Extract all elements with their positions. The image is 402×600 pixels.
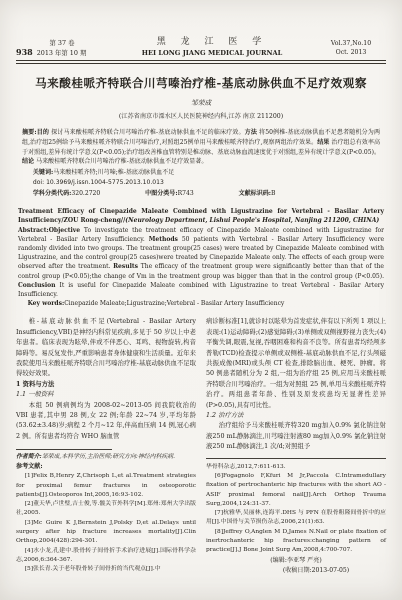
abstract-conclusion-text: 马来酸桂哌齐特联合川芎嗪治疗椎-基底动脉供血不足疗效显著。 <box>34 158 207 165</box>
editor-line: (编辑:李亚琴 严亮) <box>206 556 386 566</box>
running-head: 第 37 卷 938 2013 年第 10 期 黑 龙 江 医 学 HEI LO… <box>16 38 386 57</box>
abstract-en-results-label: Results <box>113 263 138 270</box>
received-date-line: (收稿日期:2013-07-05) <box>206 566 386 576</box>
clc-number: 中图分类号:R743 <box>134 189 193 198</box>
author-bio-label: 作者简介: <box>16 453 42 460</box>
abstract-label: 摘要:目的 <box>22 129 49 136</box>
keywords-en-label: Key words: <box>28 300 65 307</box>
subject-code-value: 320.2720 <box>71 190 100 197</box>
left-column: 椎-基底动脉供血不足(Vertebral - Basilar Artery In… <box>16 317 196 576</box>
section-1-heading: 1 资料与方法 <box>16 380 196 390</box>
reference-7: [7]杭雅华,吴丽林,连海平.DHS 与 PFN 在股骨粗隆间骨折中的应用[J]… <box>206 509 386 528</box>
clc-value: R743 <box>178 190 194 197</box>
journal-name-en: HEI LONG JIANG MEDICAL JOURNAL <box>142 49 283 58</box>
document-code-value: B <box>271 190 275 197</box>
affiliation-en: (Neurology Department, Lishui People's H… <box>125 217 379 224</box>
subject-code: 学科分类代码:320.2720 <box>22 189 100 198</box>
doi-value: 10.3969/j.issn.1004-5775.2013.10.013 <box>46 179 164 186</box>
journal-page: 第 37 卷 938 2013 年第 10 期 黑 龙 江 医 学 HEI LO… <box>0 0 402 600</box>
header-double-rule <box>16 60 386 64</box>
author-bio-text: 邹荣成,本科学历,主治医师;研究方向:神经内科疾病. <box>42 454 175 460</box>
keywords-text: 马来酸桂哌齐特;川芎嗪;椎-基底动脉供血不足 <box>53 169 174 176</box>
reference-5: [5]张长青.关于老年股骨转子间骨折的当代观点[J].中 <box>16 565 196 574</box>
reference-5-continued: 华骨科杂志,2012,7:611-613. <box>206 463 386 472</box>
author-name: 邹荣成 <box>16 97 386 107</box>
header-left: 第 37 卷 938 2013 年第 10 期 <box>16 39 108 57</box>
document-code: 文献标识码:B <box>228 189 276 198</box>
abstract-conclusion-label: 结论 <box>22 158 34 165</box>
journal-name-cn: 黑 龙 江 医 学 <box>142 38 283 47</box>
abstract-en-methods-label: Methods <box>149 236 178 243</box>
treatment-paragraph: 治疗组给予马来酸桂哌齐特320 mg加入0.9% 氯化钠注射液250 mL静脉滴… <box>206 421 386 452</box>
reference-4: [4]水小龙,孔建中.股骨转子间骨折手术治疗进展[J].国际骨科学杂志,2006… <box>16 547 196 566</box>
doi-label: doi: <box>33 179 44 186</box>
volume-en: Vol.37,No.10 <box>331 40 371 47</box>
header-center: 黑 龙 江 医 学 HEI LONG JIANG MEDICAL JOURNAL <box>142 38 283 57</box>
keywords-cn: 关键词:马来酸桂哌齐特;川芎嗪;椎-基底动脉供血不足 <box>22 168 380 178</box>
issue-label: 2013 年第 10 期 <box>37 49 87 58</box>
reference-2: [2]董天华,卢世璧,吉士俊,等.髋关节外科学[M].郑州:郑州大学出版社,20… <box>16 500 196 519</box>
diagnosis-paragraph: 病诊断标准[1],就诊时以眩晕为首发症状,伴有以下所列 1 项以上表现:(1)运… <box>206 317 386 411</box>
keywords-en-text: Cinepazide Maleate;Ligustrazine;Vertebra… <box>64 300 284 307</box>
abstract-objective-text: 探讨马来酸桂哌齐特联合川芎嗪治疗椎-基底动脉供血不足的临床疗效。 <box>49 129 245 136</box>
date-en: Oct. 2013 <box>336 49 367 56</box>
right-column: 病诊断标准[1],就诊时以眩晕为首发症状,伴有以下所列 1 项以上表现:(1)运… <box>206 317 386 576</box>
doi-line: doi: 10.3969/j.issn.1004-5775.2013.10.01… <box>22 178 380 187</box>
section-1-1-heading: 1.1 一般资料 <box>16 390 196 400</box>
reference-8: [8]Jeffrey O,Anglen M D,James N.Nail or … <box>206 528 386 556</box>
author-affiliation: (江苏省南京市溧水区人民医院神经内科,江苏 南京 211200) <box>16 111 386 120</box>
header-right: Vol.37,No.10 Oct. 2013 <box>316 40 386 57</box>
body-columns: 椎-基底动脉供血不足(Vertebral - Basilar Artery In… <box>16 317 386 576</box>
document-code-label: 文献标识码: <box>239 190 271 197</box>
abstract-cn: 摘要:目的 探讨马来酸桂哌齐特联合川芎嗪治疗椎-基底动脉供血不足的临床疗效。方法… <box>22 128 380 166</box>
general-data-paragraph: 本组 50 例病例均为 2008-02~2013-05 间我院收治的 VBI 患… <box>16 401 196 443</box>
abstract-en-label: Abstract:Objective <box>18 227 80 234</box>
article-title: 马来酸桂哌齐特联合川芎嗪治疗椎-基底动脉供血不足疗效观察 <box>16 75 386 91</box>
intro-paragraph: 椎-基底动脉供血不足(Vertebral - Basilar Artery In… <box>16 317 196 379</box>
keywords-label: 关键词: <box>33 169 53 176</box>
footnote-rule <box>16 449 112 450</box>
reference-6: [6]Fogagnolo F,Kfuri M Jr,Paccola C.Intr… <box>206 472 386 509</box>
reference-1: [1]Felix B,Henry Z,Chrisoph L,et al.Trea… <box>16 472 196 500</box>
abstract-en-conclusion: It is useful for Cinepazide Maleate comb… <box>18 282 384 298</box>
subject-code-label: 学科分类代码: <box>33 190 72 197</box>
references-heading: 参考文献: <box>16 462 196 472</box>
clc-label: 中图分类号: <box>145 190 177 197</box>
section-1-2-heading: 1.2 治疗方法 <box>206 411 386 421</box>
author-bio-footnote: 作者简介:邹荣成,本科学历,主治医师;研究方向:神经内科疾病. <box>16 453 196 462</box>
abstract-results-label: 结果 <box>317 139 329 146</box>
abstract-methods-label: 方法 <box>245 129 257 136</box>
abstract-en-conclusion-label: Conclusion <box>18 282 55 289</box>
page-number: 938 <box>16 48 33 57</box>
abstract-en: Treatment Efficacy of Cinepazide Maleate… <box>18 207 384 308</box>
classification-line: 学科分类代码:320.2720 中图分类号:R743 文献标识码:B <box>22 189 380 198</box>
references-continuation-rule <box>206 458 386 459</box>
reference-3: [3]Mc Guire K J,Bernstein J,Polsky D,et … <box>16 519 196 547</box>
